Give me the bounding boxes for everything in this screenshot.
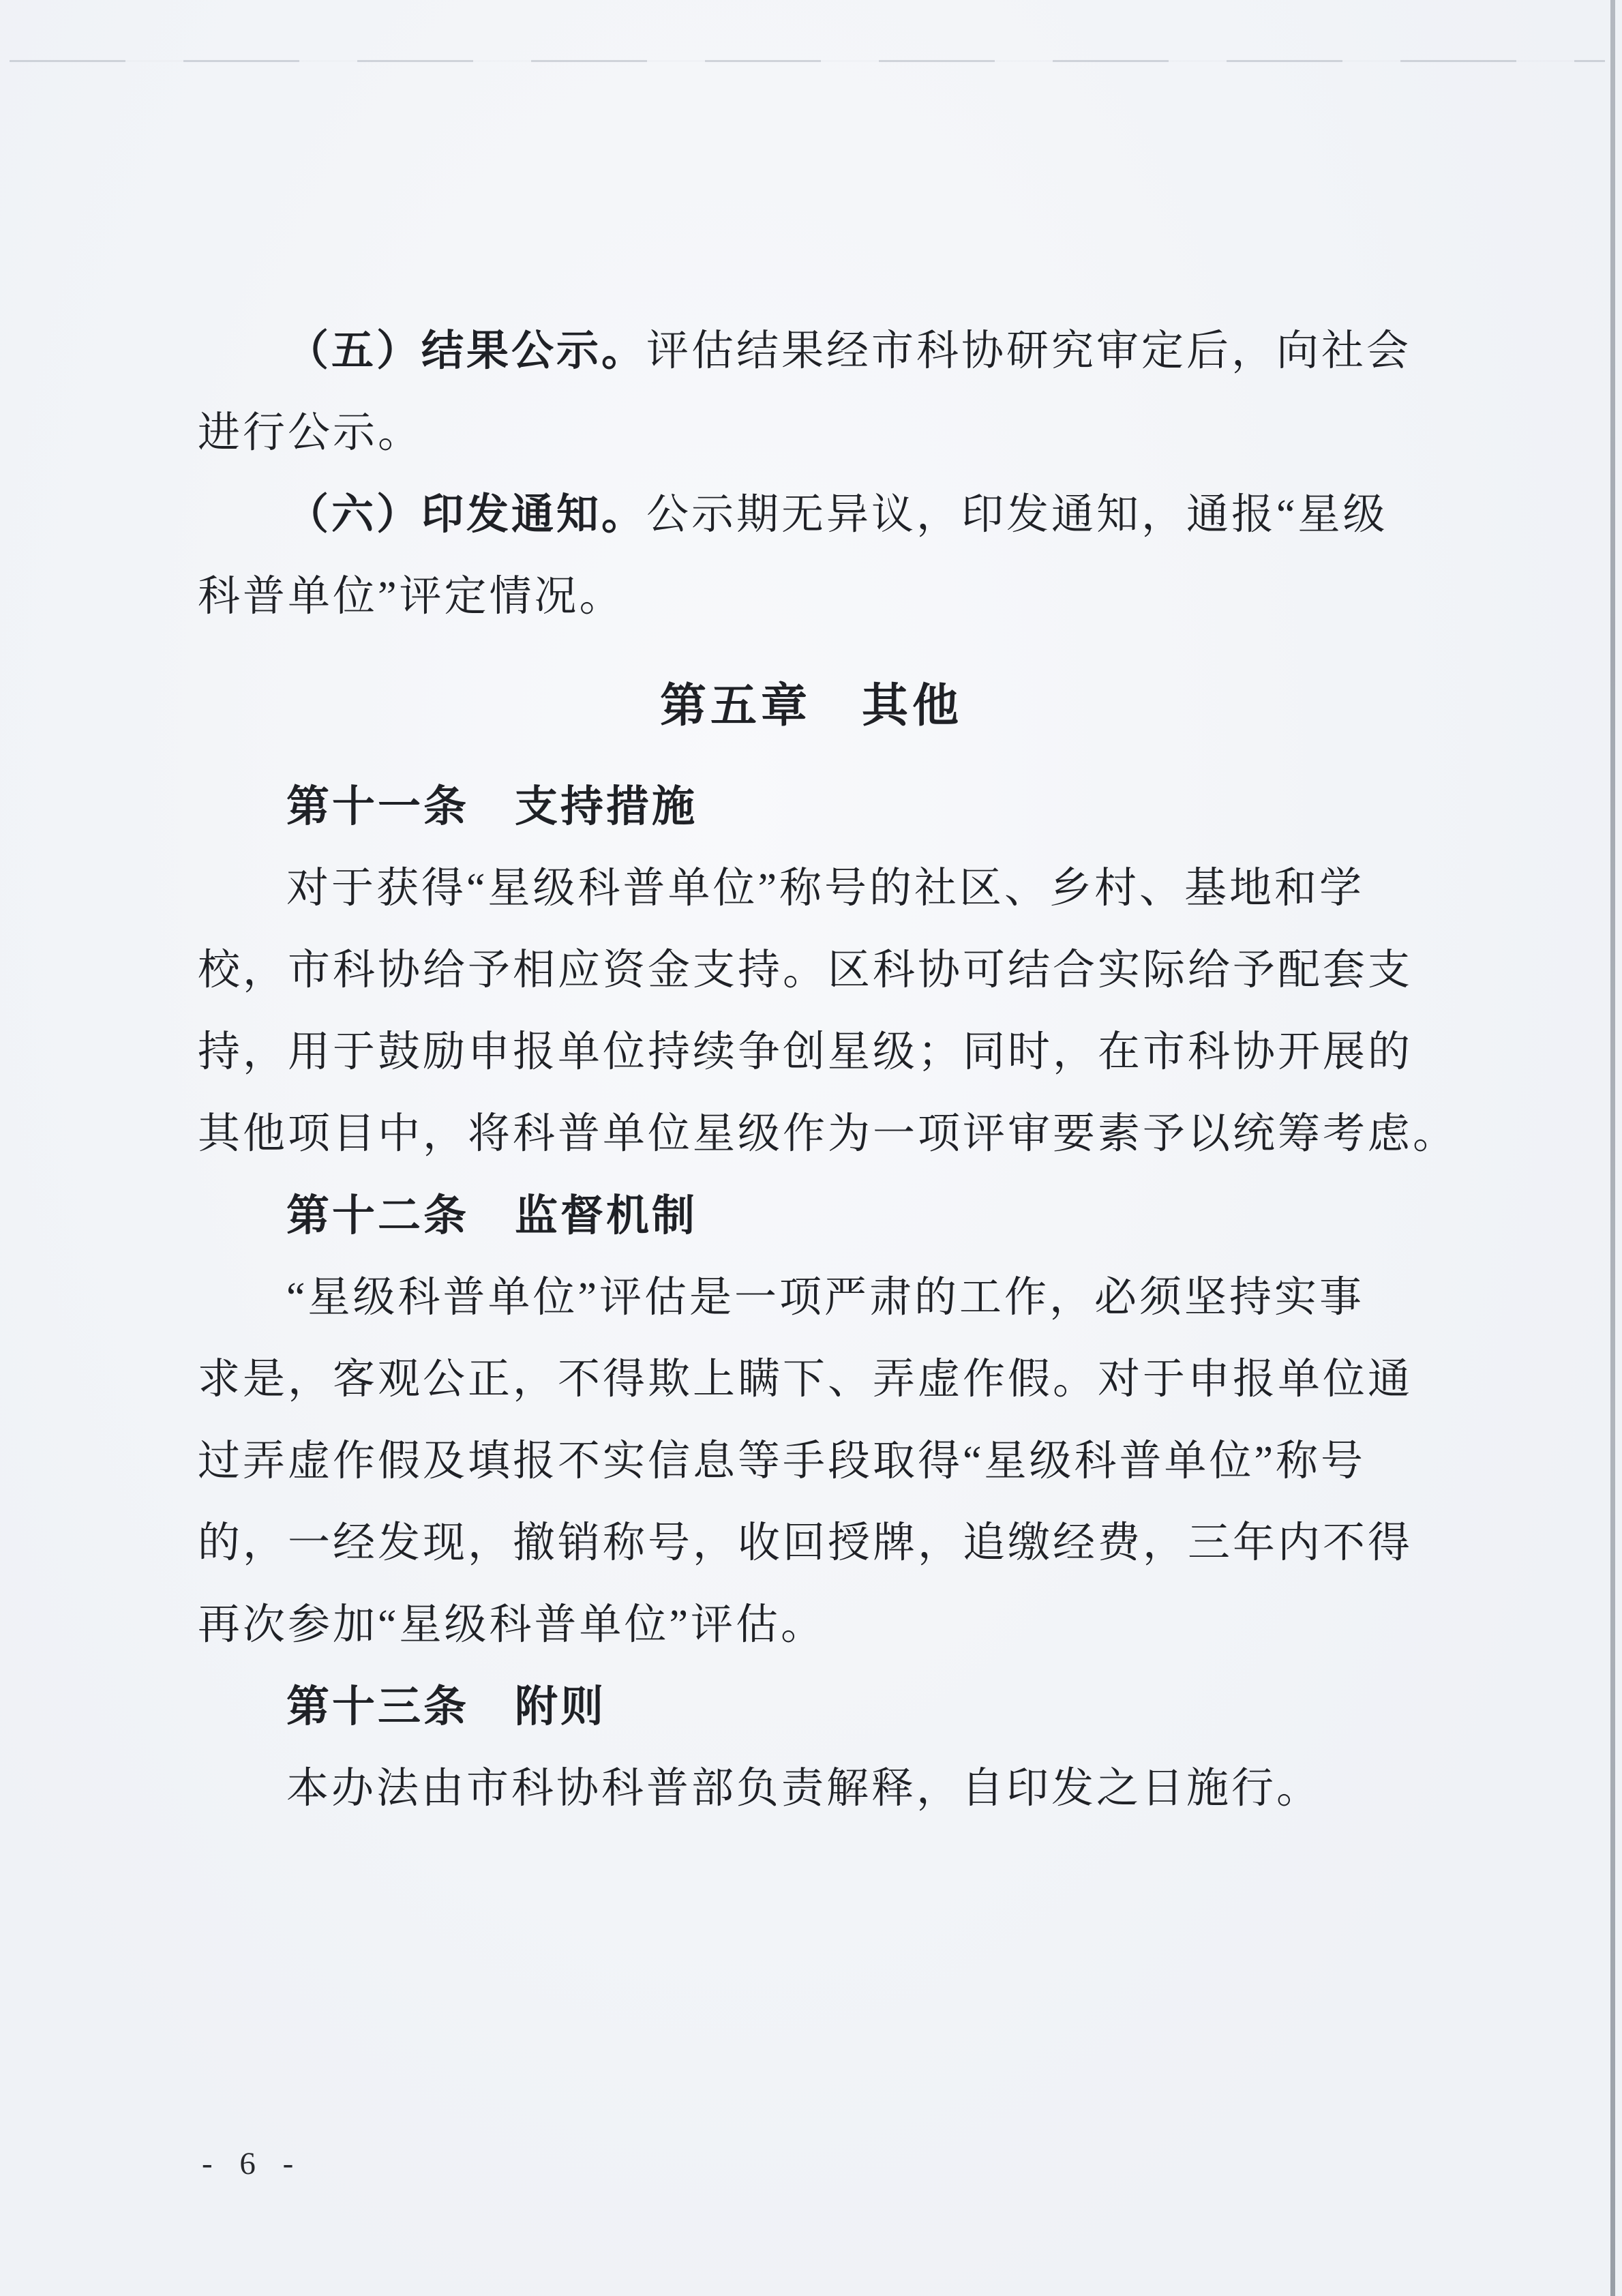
- scanner-edge-stripe: [1610, 0, 1615, 2296]
- article-12-line-5: 再次参加“星级科普单位”评估。: [198, 1584, 1425, 1666]
- item5-line-1: （五）结果公示。评估结果经市科协研究审定后，向社会: [198, 310, 1425, 392]
- item5-text: 评估结果经市科协研究审定后，向社会: [646, 328, 1411, 374]
- article-12-heading: 第十二条 监督机制: [198, 1175, 1425, 1257]
- article-11-line-3: 持，用于鼓励申报单位持续争创星级；同时，在市科协开展的: [198, 1011, 1425, 1093]
- article-11-line-4: 其他项目中，将科普单位星级作为一项评审要素予以统筹考虑。: [198, 1093, 1425, 1175]
- article-13-line-1: 本办法由市科协科普部负责解释，自印发之日施行。: [198, 1748, 1425, 1830]
- item6-lead: （六）印发通知。: [286, 492, 646, 538]
- item6-line-1: （六）印发通知。公示期无异议，印发通知，通报“星级: [198, 474, 1425, 556]
- scanned-document-page: （五）结果公示。评估结果经市科协研究审定后，向社会 进行公示。 （六）印发通知。…: [0, 0, 1622, 2296]
- article-11-line-2: 校，市科协给予相应资金支持。区科协可结合实际给予配套支: [198, 929, 1425, 1011]
- item5-lead: （五）结果公示。: [286, 328, 646, 374]
- article-12-line-4: 的，一经发现，撤销称号，收回授牌，追缴经费，三年内不得: [198, 1502, 1425, 1584]
- article-12-line-1: “星级科普单位”评估是一项严肃的工作，必须坚持实事: [198, 1257, 1425, 1339]
- scan-artifact-line: [10, 60, 1605, 62]
- chapter-5-heading: 第五章 其他: [198, 665, 1425, 747]
- item6-text: 公示期无异议，印发通知，通报“星级: [646, 492, 1388, 538]
- page-number: - 6 -: [202, 2145, 300, 2182]
- article-11-heading: 第十一条 支持措施: [198, 766, 1425, 848]
- item6-line-2: 科普单位”评定情况。: [198, 556, 1425, 638]
- article-13-heading: 第十三条 附则: [198, 1666, 1425, 1748]
- item5-line-2: 进行公示。: [198, 392, 1425, 474]
- article-12-line-2: 求是，客观公正，不得欺上瞒下、弄虚作假。对于申报单位通: [198, 1339, 1425, 1420]
- article-12-line-3: 过弄虚作假及填报不实信息等手段取得“星级科普单位”称号: [198, 1420, 1425, 1502]
- article-11-line-1: 对于获得“星级科普单位”称号的社区、乡村、基地和学: [198, 848, 1425, 929]
- document-body: （五）结果公示。评估结果经市科协研究审定后，向社会 进行公示。 （六）印发通知。…: [198, 310, 1425, 1830]
